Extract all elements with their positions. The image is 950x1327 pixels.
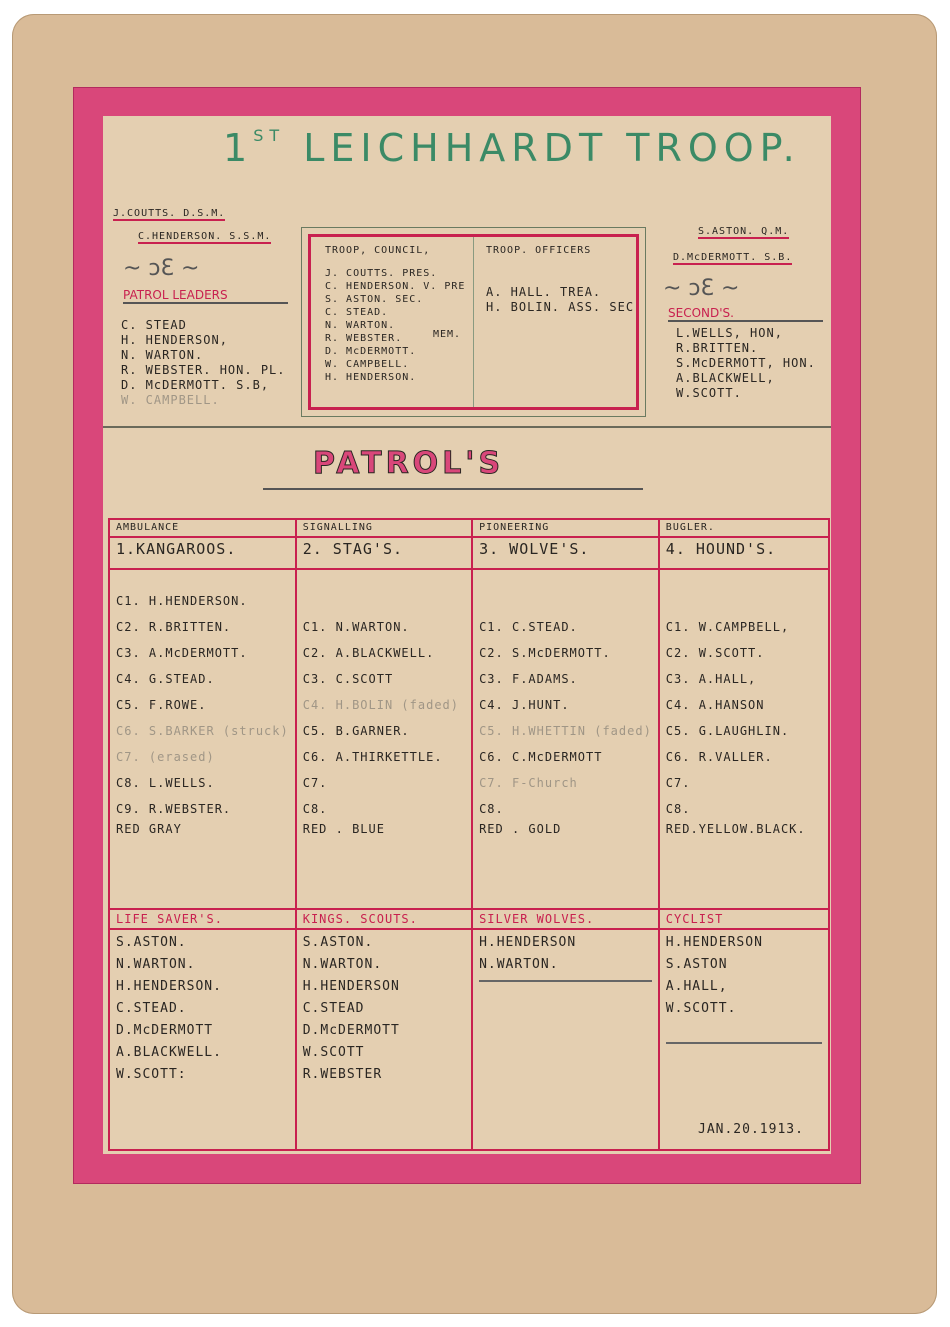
list-item: C9. R.WEBSTER. — [116, 796, 289, 822]
badge-heading: KINGS. SCOUTS. — [296, 909, 472, 929]
list-item: C6. C.McDERMOTT — [479, 744, 652, 770]
troop-council-box: TROOP, COUNCIL, J. COUTTS. PRES. C. HEND… — [308, 234, 639, 410]
list-item: C5. G.LAUGHLIN. — [666, 718, 822, 744]
specialty-cell: BUGLER. — [659, 519, 829, 537]
list-item: C2. R.BRITTEN. — [116, 614, 289, 640]
list-item: D. McDERMOTT. — [325, 345, 465, 358]
patrol-name: 2. STAG'S. — [296, 537, 472, 569]
troop-title: 1ST LEICHHARDT TROOP. — [223, 126, 801, 170]
list-item: C1. N.WARTON. — [303, 614, 465, 640]
officer-left-1: J.COUTTS. D.S.M. — [113, 208, 225, 221]
list-item: H.HENDERSON. — [116, 976, 289, 998]
list-item: H. HENDERSON. — [325, 371, 465, 384]
patrol-name: 3. WOLVE'S. — [472, 537, 659, 569]
badge-silver-wolves: H.HENDERSON N.WARTON. — [472, 929, 659, 1150]
list-item: C2. A.BLACKWELL. — [303, 640, 465, 666]
list-item: N.WARTON. — [116, 954, 289, 976]
scroll-ornament-right: ~ ɔƐ ~ — [663, 276, 739, 301]
patrol-leaders-list: C. STEAD H. HENDERSON, N. WARTON. R. WEB… — [121, 318, 286, 408]
list-item: H. HENDERSON, — [121, 333, 286, 348]
list-item: R.WEBSTER — [303, 1064, 465, 1086]
list-item: C7. F-Church — [479, 770, 652, 796]
patrol-colors: RED GRAY — [116, 822, 289, 836]
list-item: D. McDERMOTT. S.B, — [121, 378, 286, 393]
list-item: C2. S.McDERMOTT. — [479, 640, 652, 666]
council-heading-2: COUNCIL, — [374, 245, 430, 256]
list-item: C1. W.CAMPBELL, — [666, 614, 822, 640]
council-heading: TROOP, COUNCIL, — [325, 245, 430, 256]
list-item: S.ASTON. — [303, 932, 465, 954]
badge-kings-scouts: S.ASTON. N.WARTON. H.HENDERSON C.STEAD D… — [296, 929, 472, 1150]
badge-heading: SILVER WOLVES. — [472, 909, 659, 929]
list-item: S.ASTON — [666, 954, 822, 976]
list-item: A.BLACKWELL. — [116, 1042, 289, 1064]
list-item: S.McDERMOTT, HON. — [676, 356, 816, 371]
mem-label: MEM. — [433, 329, 461, 340]
patrol-members-hounds: C1. W.CAMPBELL, C2. W.SCOTT. C3. A.HALL,… — [659, 569, 829, 909]
officers-members: A. HALL. TREA. H. BOLIN. ASS. SEC — [486, 285, 634, 315]
list-item: C4. J.HUNT. — [479, 692, 652, 718]
patrol-members-wolves: C1. C.STEAD. C2. S.McDERMOTT. C3. F.ADAM… — [472, 569, 659, 909]
council-heading-1: TROOP, — [325, 245, 367, 256]
list-item: C1. C.STEAD. — [479, 614, 652, 640]
list-item: C6. S.BARKER (struck) — [116, 718, 289, 744]
list-item: C. STEAD. — [325, 306, 465, 319]
list-item: C8. — [303, 796, 465, 822]
list-item: C7. (erased) — [116, 744, 289, 770]
list-item: W.SCOTT. — [676, 386, 816, 401]
officer-right-2: D.McDERMOTT. S.B. — [673, 252, 792, 265]
list-item: H. BOLIN. ASS. SEC — [486, 300, 634, 315]
list-item: C.STEAD. — [116, 998, 289, 1020]
list-item: A. HALL. TREA. — [486, 285, 634, 300]
list-item: C5. H.WHETTIN (faded) — [479, 718, 652, 744]
badge-life-savers: S.ASTON. N.WARTON. H.HENDERSON. C.STEAD.… — [109, 929, 296, 1150]
list-item: C.STEAD — [303, 998, 465, 1020]
title-text: LEICHHARDT TROOP. — [303, 126, 801, 170]
list-item: J. COUTTS. PRES. — [325, 267, 465, 280]
seconds-heading: SECOND'S. — [668, 306, 823, 322]
officers-heading: TROOP. OFFICERS — [486, 245, 591, 256]
title-prefix: 1 — [223, 126, 253, 170]
list-item: C4. G.STEAD. — [116, 666, 289, 692]
patrols-underline — [263, 488, 643, 490]
list-item: H.HENDERSON — [666, 932, 822, 954]
list-item: W.SCOTT. — [666, 998, 822, 1020]
patrol-name: 1.KANGAROOS. — [109, 537, 296, 569]
specialty-cell: PIONEERING — [472, 519, 659, 537]
list-item: W. CAMPBELL. — [325, 358, 465, 371]
patrol-colors: RED . GOLD — [479, 822, 652, 836]
badge-cyclist: H.HENDERSON S.ASTON A.HALL, W.SCOTT. — [659, 929, 829, 1150]
badge-heading: CYCLIST — [659, 909, 829, 929]
list-item: D.McDERMOTT — [303, 1020, 465, 1042]
roster-sheet: 1ST LEICHHARDT TROOP. J.COUTTS. D.S.M. C… — [103, 116, 831, 1154]
badge-heading: LIFE SAVER'S. — [109, 909, 296, 929]
list-item: C4. H.BOLIN (faded) — [303, 692, 465, 718]
list-item: D.McDERMOTT — [116, 1020, 289, 1042]
list-item: A.HALL, — [666, 976, 822, 998]
list-item: C5. B.GARNER. — [303, 718, 465, 744]
list-item: C6. A.THIRKETTLE. — [303, 744, 465, 770]
list-item: C. STEAD — [121, 318, 286, 333]
patrols-heading: PATROL'S — [313, 446, 504, 481]
officers-heading-1: TROOP. — [486, 245, 528, 256]
list-item: R.BRITTEN. — [676, 341, 816, 356]
list-item: W.SCOTT: — [116, 1064, 289, 1086]
list-item: H.HENDERSON — [479, 932, 652, 954]
list-item: C4. A.HANSON — [666, 692, 822, 718]
officer-right-1: S.ASTON. Q.M. — [698, 226, 789, 239]
list-item: C7. — [666, 770, 822, 796]
list-item: W. CAMPBELL. — [121, 393, 286, 408]
officer-left-2: C.HENDERSON. S.S.M. — [138, 231, 271, 244]
list-item: R. WEBSTER. HON. PL. — [121, 363, 286, 378]
list-item: C1. H.HENDERSON. — [116, 588, 289, 614]
scroll-ornament-left: ~ ɔƐ ~ — [123, 256, 199, 281]
list-item: A.BLACKWELL, — [676, 371, 816, 386]
list-item: C8. — [479, 796, 652, 822]
council-members: J. COUTTS. PRES. C. HENDERSON. V. PRE S.… — [325, 267, 465, 384]
list-item: C3. A.HALL, — [666, 666, 822, 692]
specialty-cell: AMBULANCE — [109, 519, 296, 537]
document-date: JAN.20.1913. — [698, 1122, 804, 1137]
patrol-members-kangaroos: C1. H.HENDERSON. C2. R.BRITTEN. C3. A.Mc… — [109, 569, 296, 909]
list-item: C7. — [303, 770, 465, 796]
list-item: C2. W.SCOTT. — [666, 640, 822, 666]
list-item: W.SCOTT — [303, 1042, 465, 1064]
list-item: N. WARTON. — [121, 348, 286, 363]
specialty-cell: SIGNALLING — [296, 519, 472, 537]
list-item: S.ASTON. — [116, 932, 289, 954]
patrol-name: 4. HOUND'S. — [659, 537, 829, 569]
list-item: C8. — [666, 796, 822, 822]
list-item: C6. R.VALLER. — [666, 744, 822, 770]
list-item: N.WARTON. — [479, 954, 652, 976]
list-item: C8. L.WELLS. — [116, 770, 289, 796]
patrol-colors: RED . BLUE — [303, 822, 465, 836]
title-superscript: ST — [253, 126, 285, 145]
seconds-list: L.WELLS, HON, R.BRITTEN. S.McDERMOTT, HO… — [676, 326, 816, 401]
list-item: C5. F.ROWE. — [116, 692, 289, 718]
list-item: C3. F.ADAMS. — [479, 666, 652, 692]
officers-heading-2: OFFICERS — [535, 245, 591, 256]
list-item: C3. A.McDERMOTT. — [116, 640, 289, 666]
list-item: S. ASTON. SEC. — [325, 293, 465, 306]
list-item: C3. C.SCOTT — [303, 666, 465, 692]
list-item: H.HENDERSON — [303, 976, 465, 998]
council-divider — [473, 237, 474, 407]
list-item: L.WELLS, HON, — [676, 326, 816, 341]
patrol-members-stags: C1. N.WARTON. C2. A.BLACKWELL. C3. C.SCO… — [296, 569, 472, 909]
list-item: C. HENDERSON. V. PRE — [325, 280, 465, 293]
list-item: N.WARTON. — [303, 954, 465, 976]
patrols-table: AMBULANCE SIGNALLING PIONEERING BUGLER. … — [108, 518, 830, 1151]
section-divider — [103, 426, 831, 428]
patrol-leaders-heading: PATROL LEADERS — [123, 288, 288, 304]
patrol-colors: RED.YELLOW.BLACK. — [666, 822, 822, 836]
